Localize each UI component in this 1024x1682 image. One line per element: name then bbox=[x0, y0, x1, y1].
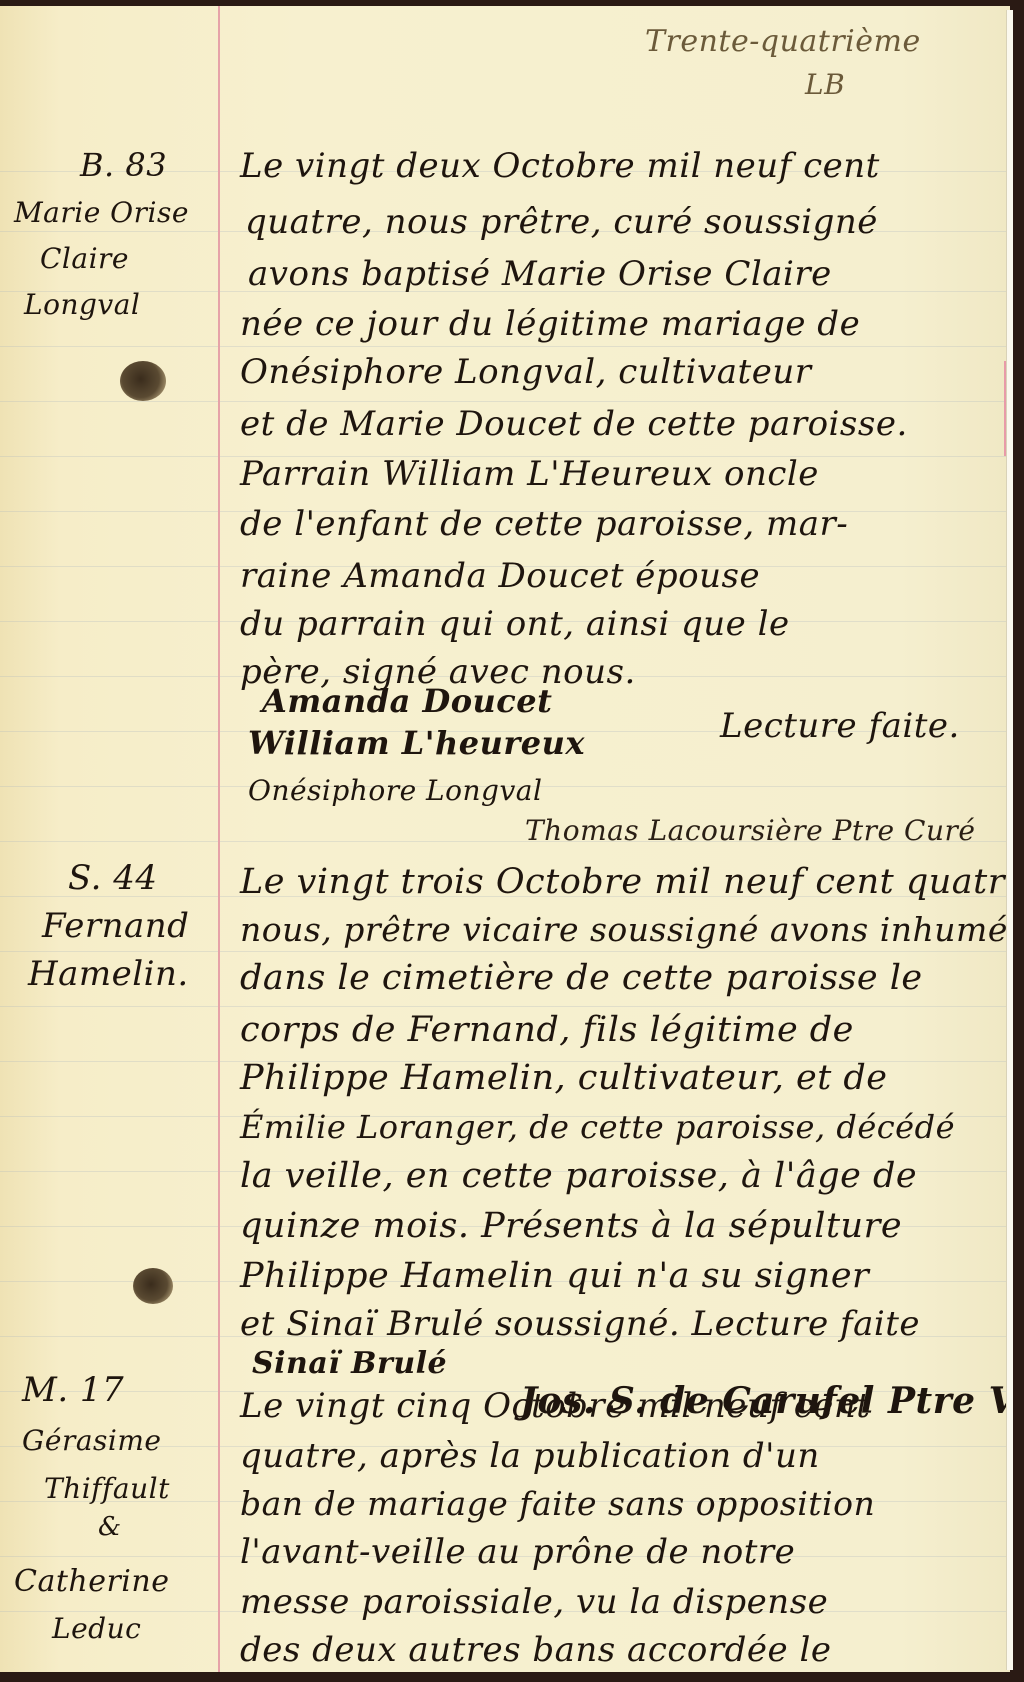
entry-text-line: née ce jour du légitime mariage de bbox=[240, 304, 860, 344]
margin-name-line: Longval bbox=[24, 288, 140, 321]
entry-text-line: quatre, après la publication d'un bbox=[240, 1436, 820, 1476]
entry-text-line: Le vingt trois Octobre mil neuf cent qua… bbox=[240, 862, 1010, 902]
ruled-line bbox=[0, 951, 1010, 952]
signature: William L'heureux bbox=[248, 724, 585, 762]
entry-text-line: et Sinaï Brulé soussigné. Lecture faite bbox=[240, 1304, 920, 1344]
signature: Onésiphore Longval bbox=[248, 774, 542, 807]
punch-hole bbox=[133, 1268, 173, 1304]
entry-code: B. 83 bbox=[80, 146, 167, 184]
entry-text-line: Émilie Loranger, de cette paroisse, décé… bbox=[240, 1108, 955, 1146]
entry-text-line: avons baptisé Marie Orise Claire bbox=[248, 254, 832, 294]
entry-text-line: la veille, en cette paroisse, à l'âge de bbox=[240, 1156, 917, 1196]
margin-name-line: Gérasime bbox=[22, 1424, 161, 1457]
entry-text-line: et de Marie Doucet de cette paroisse. bbox=[240, 404, 908, 444]
ruled-line bbox=[0, 1006, 1010, 1007]
entry-text-line: Philippe Hamelin, cultivateur, et de bbox=[240, 1058, 888, 1098]
entry-code: S. 44 bbox=[68, 858, 157, 898]
entry-text-line: l'avant-veille au prône de notre bbox=[240, 1532, 795, 1572]
margin-name-line: Hamelin. bbox=[28, 954, 189, 994]
entry-text-line: quatre, nous prêtre, curé soussigné bbox=[245, 202, 878, 242]
signature: Amanda Doucet bbox=[262, 682, 552, 720]
entry-text-line: quinze mois. Présents à la sépulture bbox=[240, 1206, 902, 1246]
ruled-line bbox=[0, 401, 1010, 402]
entry-text-line: nous, prêtre vicaire soussigné avons inh… bbox=[240, 910, 1008, 949]
margin-name-line: Marie Orise bbox=[14, 196, 189, 229]
entry-text-line: corps de Fernand, fils légitime de bbox=[240, 1010, 854, 1050]
page-title: Trente-quatrième bbox=[645, 24, 921, 59]
signature: Thomas Lacoursière Ptre Curé bbox=[525, 814, 975, 847]
register-page: Trente-quatrième LB B. 83 Marie Orise Cl… bbox=[0, 6, 1010, 1672]
margin-name-line: Catherine bbox=[14, 1564, 169, 1599]
page-edge bbox=[1006, 10, 1013, 1670]
entry-text-line: ban de mariage faite sans opposition bbox=[240, 1484, 875, 1523]
entry-text-line: de l'enfant de cette paroisse, mar- bbox=[240, 504, 848, 544]
punch-hole bbox=[120, 361, 166, 401]
entry-text-line: des deux autres bans accordée le bbox=[240, 1630, 831, 1670]
margin-rule bbox=[218, 6, 220, 1672]
entry-text-line: Le vingt deux Octobre mil neuf cent bbox=[240, 146, 880, 186]
ruled-line bbox=[0, 346, 1010, 347]
entry-code: M. 17 bbox=[22, 1370, 124, 1410]
margin-name-line: Leduc bbox=[52, 1612, 141, 1645]
page-initials: LB bbox=[805, 68, 845, 101]
entry-text-line: Le vingt cinq Octobre mil neuf cent bbox=[240, 1386, 870, 1426]
margin-name-line: & bbox=[98, 1512, 122, 1542]
signature: Sinaï Brulé bbox=[252, 1346, 447, 1381]
entry-text-line: Philippe Hamelin qui n'a su signer bbox=[240, 1256, 869, 1296]
entry-text-line: raine Amanda Doucet épouse bbox=[240, 556, 760, 596]
entry-text-line: Onésiphore Longval, cultivateur bbox=[240, 352, 811, 392]
margin-name-line: Claire bbox=[40, 242, 129, 275]
margin-name-line: Thiffault bbox=[44, 1472, 170, 1505]
margin-name-line: Fernand bbox=[42, 906, 189, 946]
entry-closing: Lecture faite. bbox=[720, 706, 960, 746]
entry-text-line: messe paroissiale, vu la dispense bbox=[240, 1582, 828, 1622]
entry-text-line: Parrain William L'Heureux oncle bbox=[240, 454, 819, 494]
entry-text-line: du parrain qui ont, ainsi que le bbox=[240, 604, 790, 644]
entry-text-line: dans le cimetière de cette paroisse le bbox=[240, 958, 923, 998]
